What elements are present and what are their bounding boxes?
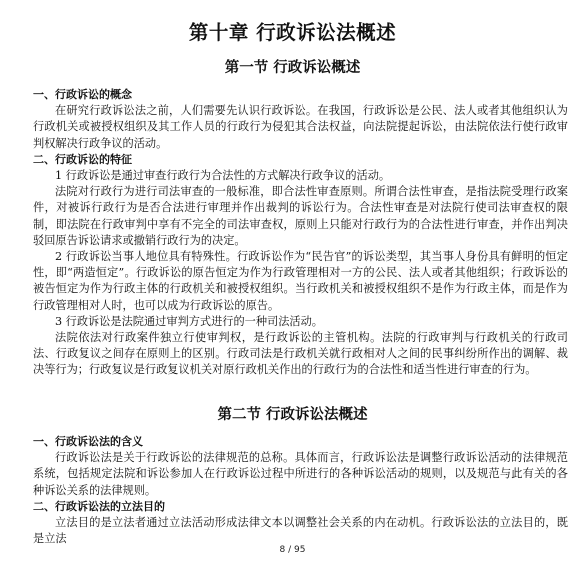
paragraph: 在研究行政诉讼法之前，人们需要先认识行政诉讼。在我国，行政诉讼是公民、法人或者其… — [33, 103, 568, 152]
paragraph: 1 行政诉讼是通过审查行政行为合法性的方式解决行政争议的活动。 — [33, 168, 568, 184]
section-title-1: 第一节 行政诉讼概述 — [0, 58, 585, 78]
page-number: 8 / 95 — [0, 545, 585, 555]
heading-meaning: 一、行政诉讼法的含义 — [33, 434, 568, 450]
heading-concept: 一、行政诉讼的概念 — [33, 87, 568, 103]
heading-purpose: 二、行政诉讼法的立法目的 — [33, 499, 568, 515]
section-1-body: 一、行政诉讼的概念 在研究行政诉讼法之前，人们需要先认识行政诉讼。在我国，行政诉… — [33, 87, 568, 379]
paragraph: 2 行政诉讼当事人地位具有特殊性。行政诉讼作为“民告官”的诉讼类型，其当事人身份… — [33, 249, 568, 314]
heading-features: 二、行政诉讼的特征 — [33, 152, 568, 168]
paragraph: 法院对行政行为进行司法审查的一般标准，即合法性审查原则。所谓合法性审查，是指法院… — [33, 184, 568, 249]
section-2-body: 一、行政诉讼法的含义 行政诉讼法是关于行政诉讼的法律规范的总称。具体而言，行政诉… — [33, 434, 568, 547]
chapter-title: 第十章 行政诉讼法概述 — [0, 20, 585, 46]
document-page: 第十章 行政诉讼法概述 第一节 行政诉讼概述 一、行政诉讼的概念 在研究行政诉讼… — [0, 0, 585, 568]
paragraph: 立法目的是立法者通过立法活动形成法律文本以调整社会关系的内在动机。行政诉讼法的立… — [33, 515, 568, 547]
paragraph: 3 行政诉讼是法院通过审判方式进行的一种司法活动。 — [33, 314, 568, 330]
paragraph: 法院依法对行政案件独立行使审判权，是行政诉讼的主管机构。法院的行政审判与行政机关… — [33, 330, 568, 379]
section-title-2: 第二节 行政诉讼法概述 — [0, 405, 585, 425]
paragraph: 行政诉讼法是关于行政诉讼的法律规范的总称。具体而言，行政诉讼法是调整行政诉讼活动… — [33, 450, 568, 499]
